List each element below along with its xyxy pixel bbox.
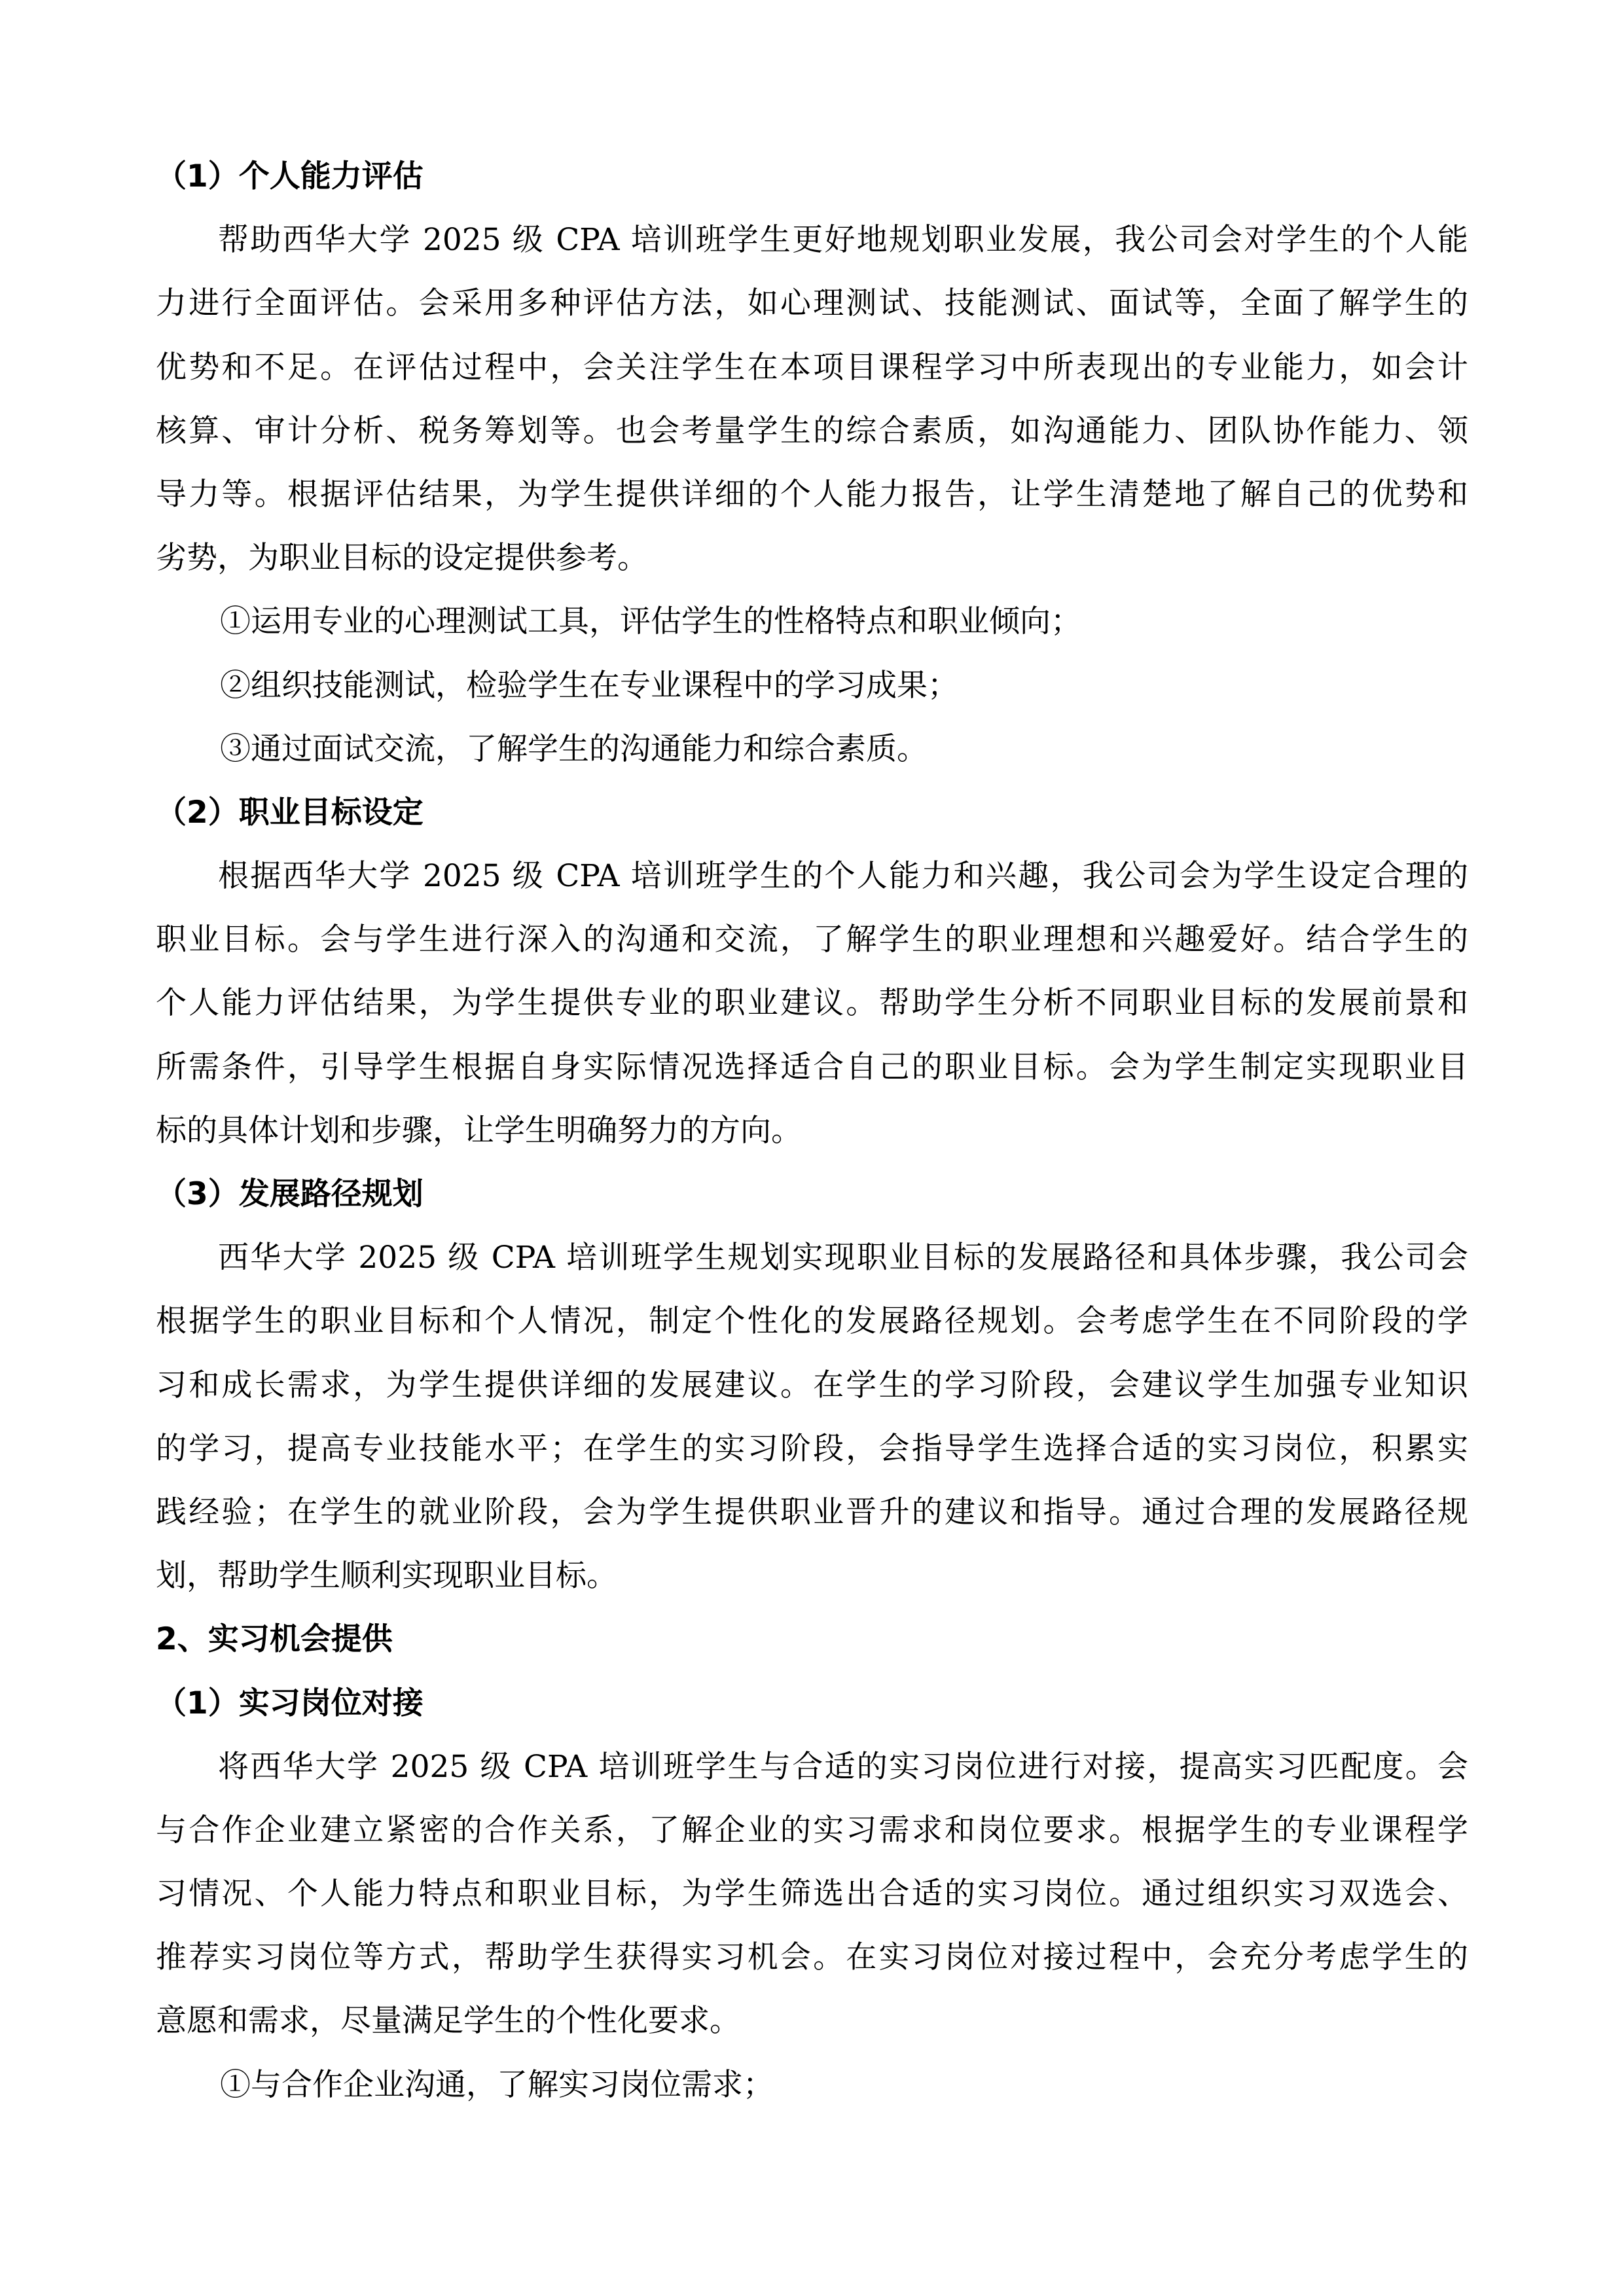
document-page: （1）个人能力评估 帮助西华大学 2025 级 CPA 培训班学生更好地规划职业…	[156, 145, 1468, 2117]
paragraph-line: 根据学生的职业目标和个人情况，制定个性化的发展路径规划。会考虑学生在不同阶段的学	[156, 1289, 1468, 1353]
section-heading: （3）发展路径规划	[156, 1162, 1468, 1226]
paragraph-line: 西华大学 2025 级 CPA 培训班学生规划实现职业目标的发展路径和具体步骤，…	[156, 1226, 1468, 1289]
paragraph-line: 习情况、个人能力特点和职业目标，为学生筛选出合适的实习岗位。通过组织实习双选会、	[156, 1862, 1468, 1926]
paragraph-line: 将西华大学 2025 级 CPA 培训班学生与合适的实习岗位进行对接，提高实习匹…	[156, 1735, 1468, 1799]
paragraph-line: 的学习，提高专业技能水平；在学生的实习阶段，会指导学生选择合适的实习岗位，积累实	[156, 1417, 1468, 1480]
paragraph-line: 推荐实习岗位等方式，帮助学生获得实习机会。在实习岗位对接过程中，会充分考虑学生的	[156, 1926, 1468, 1989]
list-item: ①运用专业的心理测试工具，评估学生的性格特点和职业倾向；	[156, 590, 1468, 653]
section-heading: （2）职业目标设定	[156, 781, 1468, 844]
paragraph-line: 核算、审计分析、税务筹划等。也会考量学生的综合素质，如沟通能力、团队协作能力、领	[156, 399, 1468, 463]
paragraph-line: 优势和不足。在评估过程中，会关注学生在本项目课程学习中所表现出的专业能力，如会计	[156, 336, 1468, 399]
section-personal-ability-assessment: （1）个人能力评估 帮助西华大学 2025 级 CPA 培训班学生更好地规划职业…	[156, 145, 1468, 781]
list-item: ③通过面试交流，了解学生的沟通能力和综合素质。	[156, 717, 1468, 781]
paragraph-line: 与合作企业建立紧密的合作关系，了解企业的实习需求和岗位要求。根据学生的专业课程学	[156, 1799, 1468, 1862]
paragraph-line: 个人能力评估结果，为学生提供专业的职业建议。帮助学生分析不同职业目标的发展前景和	[156, 971, 1468, 1035]
list-item: ①与合作企业沟通，了解实习岗位需求；	[156, 2053, 1468, 2117]
paragraph-line: 划，帮助学生顺利实现职业目标。	[156, 1544, 1468, 1607]
list-item: ②组织技能测试，检验学生在专业课程中的学习成果；	[156, 654, 1468, 717]
section-development-path-planning: （3）发展路径规划 西华大学 2025 级 CPA 培训班学生规划实现职业目标的…	[156, 1162, 1468, 1607]
chapter-heading: 2、实习机会提供	[156, 1607, 1468, 1671]
paragraph-line: 习和成长需求，为学生提供详细的发展建议。在学生的学习阶段，会建议学生加强专业知识	[156, 1354, 1468, 1417]
paragraph-line: 意愿和需求，尽量满足学生的个性化要求。	[156, 1989, 1468, 2053]
paragraph-line: 职业目标。会与学生进行深入的沟通和交流，了解学生的职业理想和兴趣爱好。结合学生的	[156, 908, 1468, 971]
paragraph-line: 劣势，为职业目标的设定提供参考。	[156, 526, 1468, 590]
section-career-goal-setting: （2）职业目标设定 根据西华大学 2025 级 CPA 培训班学生的个人能力和兴…	[156, 781, 1468, 1162]
chapter-internship-opportunities: 2、实习机会提供 （1）实习岗位对接 将西华大学 2025 级 CPA 培训班学…	[156, 1607, 1468, 2117]
paragraph-line: 标的具体计划和步骤，让学生明确努力的方向。	[156, 1099, 1468, 1162]
section-heading: （1）实习岗位对接	[156, 1672, 1468, 1735]
paragraph-line: 所需条件，引导学生根据自身实际情况选择适合自己的职业目标。会为学生制定实现职业目	[156, 1035, 1468, 1099]
paragraph-line: 帮助西华大学 2025 级 CPA 培训班学生更好地规划职业发展，我公司会对学生…	[156, 208, 1468, 272]
paragraph-line: 力进行全面评估。会采用多种评估方法，如心理测试、技能测试、面试等，全面了解学生的	[156, 272, 1468, 335]
paragraph-line: 践经验；在学生的就业阶段，会为学生提供职业晋升的建议和指导。通过合理的发展路径规	[156, 1480, 1468, 1544]
paragraph-line: 导力等。根据评估结果，为学生提供详细的个人能力报告，让学生清楚地了解自己的优势和	[156, 463, 1468, 526]
section-heading: （1）个人能力评估	[156, 145, 1468, 208]
paragraph-line: 根据西华大学 2025 级 CPA 培训班学生的个人能力和兴趣，我公司会为学生设…	[156, 844, 1468, 908]
